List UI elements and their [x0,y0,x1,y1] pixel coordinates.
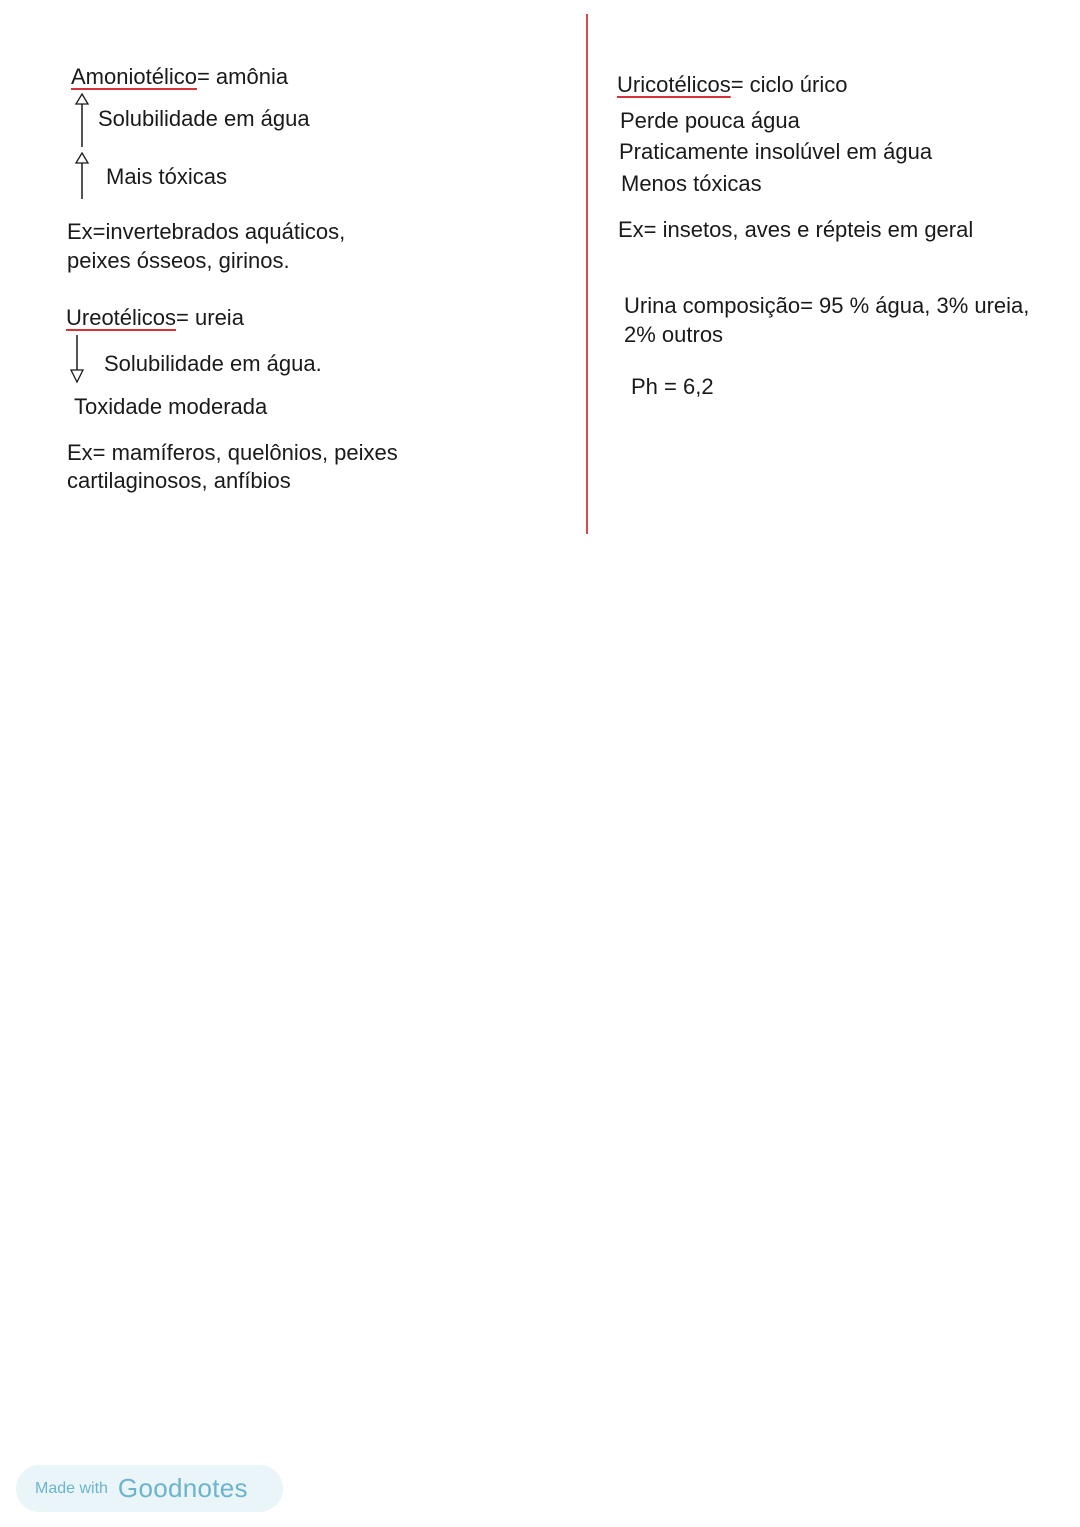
ureotelicos-definition: = ureia [176,305,244,330]
amoniotelico-definition: = amônia [197,64,288,89]
goodnotes-watermark: Made with Goodnotes [16,1465,283,1512]
uricotelicos-term: Uricotélicos [617,72,731,97]
column-divider [586,14,588,534]
ureotelicos-term: Ureotélicos [66,305,176,330]
amoniotelico-example-2: peixes ósseos, girinos. [67,248,290,274]
urine-ph: Ph = 6,2 [631,374,714,400]
ureotelicos-solubility: Solubilidade em água. [104,351,322,377]
amoniotelico-solubility: Solubilidade em água [98,106,310,132]
ureotelicos-toxicity: Toxidade moderada [74,394,267,420]
uricotelicos-line-3: Menos tóxicas [621,171,762,197]
amoniotelico-example-1: Ex=invertebrados aquáticos, [67,219,345,245]
watermark-brand: Goodnotes [118,1473,248,1504]
arrow-up-icon [74,152,90,200]
ureotelicos-example-1: Ex= mamíferos, quelônios, peixes [67,440,398,466]
uricotelicos-definition: = ciclo úrico [731,72,848,97]
amoniotelico-term: Amoniotélico [71,64,197,89]
urine-composition-2: 2% outros [624,322,723,348]
ureotelicos-heading: Ureotélicos= ureia [66,305,244,331]
urine-composition-1: Urina composição= 95 % água, 3% ureia, [624,293,1029,319]
uricotelicos-heading: Uricotélicos= ciclo úrico [617,72,847,98]
uricotelicos-example: Ex= insetos, aves e répteis em geral [618,217,973,243]
ureotelicos-example-2: cartilaginosos, anfíbios [67,468,291,494]
amoniotelico-heading: Amoniotélico= amônia [71,64,288,90]
arrow-down-icon [69,334,85,384]
uricotelicos-line-1: Perde pouca água [620,108,800,134]
uricotelicos-line-2: Praticamente insolúvel em água [619,139,932,165]
amoniotelico-toxicity: Mais tóxicas [106,164,227,190]
arrow-up-icon [74,93,90,149]
watermark-prefix: Made with [35,1480,108,1498]
